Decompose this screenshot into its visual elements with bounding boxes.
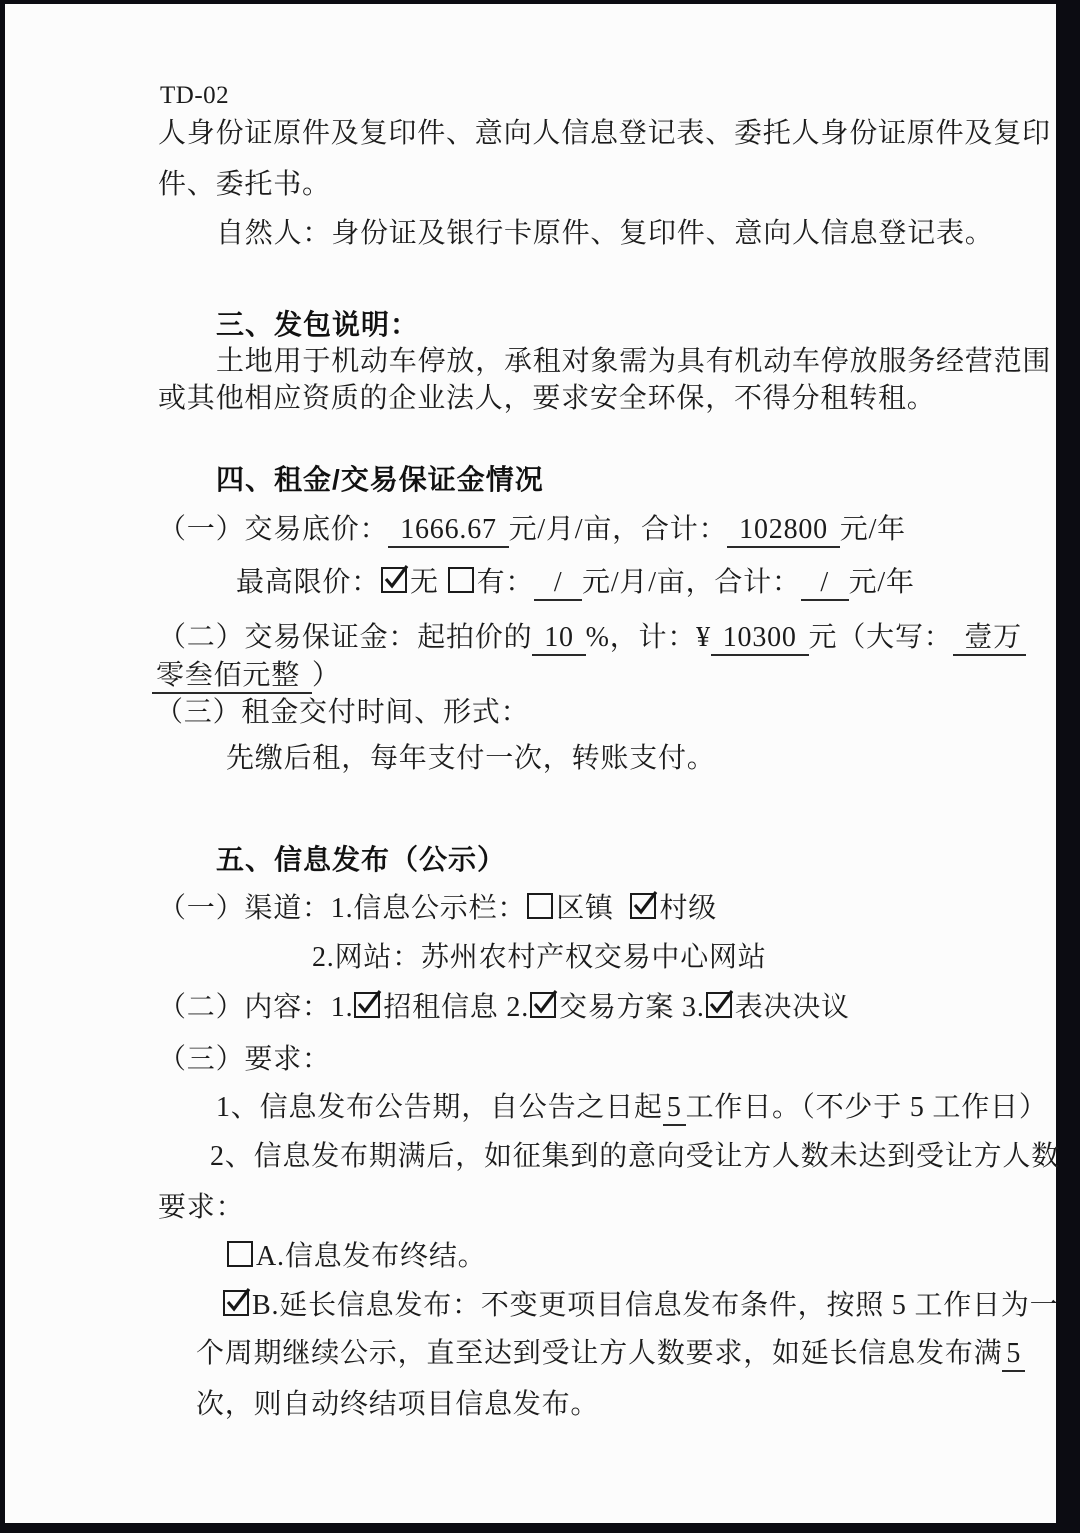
section3-heading: 三、发包说明： xyxy=(216,308,419,342)
payment-heading-line: （三）租金交付时间、形式： xyxy=(155,696,529,730)
checkbox-checked-icon xyxy=(381,567,407,593)
scan-edge-bottom xyxy=(0,1523,1080,1533)
text-run: 或其他相应资质的企业法人，要求安全环保，不得分租转租。 xyxy=(158,383,936,414)
text-run: 无 xyxy=(410,567,447,598)
text-run: 1、信息发布公告期，自公告之日起 xyxy=(216,1092,663,1123)
text-run: 五、信息发布（公示） xyxy=(216,844,506,875)
requirement-1-line: 1、信息发布公告期，自公告之日起5工作日。（不少于 5 工作日） xyxy=(216,1091,1048,1125)
checkbox-checked-icon xyxy=(630,893,656,919)
option-b-line-1: B.延长信息发布：不变更项目信息发布条件，按照 5 工作日为一 xyxy=(222,1289,1058,1323)
content-line: （二）内容：1.招租信息 2.交易方案 3.表决决议 xyxy=(158,991,850,1025)
text-run: （一）交易底价： xyxy=(158,514,388,545)
text-run: 2、信息发布期满后，如征集到的意向受让方人数未达到受让方人数 xyxy=(210,1141,1060,1172)
filled-in-value: 5 xyxy=(663,1092,686,1126)
text-run: B.延长信息发布：不变更项目信息发布条件，按照 5 工作日为一 xyxy=(252,1290,1058,1321)
website-line: 2.网站：苏州农村产权交易中心网站 xyxy=(312,941,767,975)
checkbox-checked-icon xyxy=(223,1290,249,1316)
checkbox-checked-icon xyxy=(706,992,732,1018)
filled-in-value: 102800 xyxy=(727,514,839,548)
text-run: 交易方案 3. xyxy=(559,992,705,1023)
text-run: %，计：¥ xyxy=(586,622,711,653)
text-run: 元/月/亩，合计： xyxy=(509,514,728,545)
text-run: 招租信息 2. xyxy=(383,992,529,1023)
requirement-heading-line: （三）要求： xyxy=(158,1043,331,1077)
option-b-line-3: 次，则自动终结项目信息发布。 xyxy=(196,1388,599,1422)
max-price-line: 最高限价：无 有： / 元/月/亩，合计： / 元/年 xyxy=(236,566,915,600)
scanned-document-page: TD-02 人身份证原件及复印件、意向人信息登记表、委托人身份证原件及复印件、委… xyxy=(0,0,1080,1533)
text-run: （一）渠道：1.信息公示栏： xyxy=(158,893,526,924)
deposit-line-2: 零叁佰元整 ） xyxy=(152,659,341,693)
text-run: （三）租金交付时间、形式： xyxy=(155,697,529,728)
text-run: 最高限价： xyxy=(236,567,380,598)
intro-line-2: 件、委托书。 xyxy=(158,168,331,202)
text-run: 元/年 xyxy=(849,567,915,598)
text-run: 区镇 xyxy=(556,893,629,924)
payment-body-line: 先缴后租，每年支付一次，转账支付。 xyxy=(226,742,716,776)
checkbox-empty-icon xyxy=(527,893,553,919)
option-b-line-2: 个周期继续公示，直至达到受让方人数要求，如延长信息发布满5 xyxy=(196,1337,1025,1371)
text-run: A.信息发布终结。 xyxy=(256,1241,486,1272)
text-run: 次，则自动终结项目信息发布。 xyxy=(196,1389,599,1420)
text-run: 工作日。（不少于 5 工作日） xyxy=(686,1092,1048,1123)
section4-heading: 四、租金/交易保证金情况 xyxy=(216,463,544,497)
text-run: 四、租金/交易保证金情况 xyxy=(216,464,544,495)
text-run: （二）内容：1. xyxy=(158,992,353,1023)
text-run: 人身份证原件及复印件、意向人信息登记表、委托人身份证原件及复印 xyxy=(158,118,1051,149)
text-run: 元/年 xyxy=(840,514,906,545)
base-price-line: （一）交易底价： 1666.67 元/月/亩，合计： 102800 元/年 xyxy=(158,513,906,547)
text-run: 土地用于机动车停放，承租对象需为具有机动车停放服务经营范围 xyxy=(216,346,1051,377)
text-run: 三、发包说明： xyxy=(216,309,419,340)
filled-in-value: / xyxy=(801,567,849,601)
checkbox-checked-icon xyxy=(530,992,556,1018)
text-run: 元/月/亩，合计： xyxy=(582,567,801,598)
text-run: 2.网站：苏州农村产权交易中心网站 xyxy=(312,942,767,973)
text-run: 村级 xyxy=(659,893,717,924)
text-run: 元（大写： xyxy=(809,622,953,653)
intro-line-1: 人身份证原件及复印件、意向人信息登记表、委托人身份证原件及复印 xyxy=(158,117,1051,151)
form-code: TD-02 xyxy=(160,82,229,110)
filled-in-value: / xyxy=(534,567,582,601)
requirement-2-cont-line: 要求： xyxy=(158,1191,244,1225)
text-run: （三）要求： xyxy=(158,1044,331,1075)
text-run: 先缴后租，每年支付一次，转账支付。 xyxy=(226,743,716,774)
text-run: 件、委托书。 xyxy=(158,169,331,200)
text-run: 要求： xyxy=(158,1192,244,1223)
text-run: 有： xyxy=(477,567,535,598)
section5-heading: 五、信息发布（公示） xyxy=(216,843,506,877)
natural-person-line: 自然人：身份证及银行卡原件、复印件、意向人信息登记表。 xyxy=(216,217,994,251)
option-a-line: A.信息发布终结。 xyxy=(226,1240,486,1274)
filled-in-value: 零叁佰元整 xyxy=(152,660,312,694)
scan-edge-left xyxy=(0,0,5,1533)
filled-in-value: 壹万 xyxy=(953,622,1026,656)
filled-in-value: 10300 xyxy=(711,622,809,656)
text-run: 表决决议 xyxy=(735,992,850,1023)
requirement-2-line: 2、信息发布期满后，如征集到的意向受让方人数未达到受让方人数 xyxy=(210,1140,1060,1174)
section3-body-1: 土地用于机动车停放，承租对象需为具有机动车停放服务经营范围 xyxy=(216,345,1051,379)
text-run: （二）交易保证金：起拍价的 xyxy=(158,622,532,653)
text-run: 自然人：身份证及银行卡原件、复印件、意向人信息登记表。 xyxy=(216,218,994,249)
deposit-line-1: （二）交易保证金：起拍价的 10 %，计：¥ 10300 元（大写： 壹万 xyxy=(158,621,1026,655)
text-run: ） xyxy=(312,660,341,691)
channel-line: （一）渠道：1.信息公示栏：区镇 村级 xyxy=(158,892,717,926)
section3-body-2: 或其他相应资质的企业法人，要求安全环保，不得分租转租。 xyxy=(158,382,936,416)
checkbox-empty-icon xyxy=(448,567,474,593)
scan-edge-top xyxy=(0,0,1080,4)
scan-edge-right xyxy=(1056,0,1080,1533)
text-run: 个周期继续公示，直至达到受让方人数要求，如延长信息发布满 xyxy=(196,1338,1002,1369)
filled-in-value: 5 xyxy=(1002,1338,1025,1372)
checkbox-checked-icon xyxy=(354,992,380,1018)
checkbox-empty-icon xyxy=(227,1241,253,1267)
filled-in-value: 1666.67 xyxy=(388,514,508,548)
filled-in-value: 10 xyxy=(532,622,585,656)
